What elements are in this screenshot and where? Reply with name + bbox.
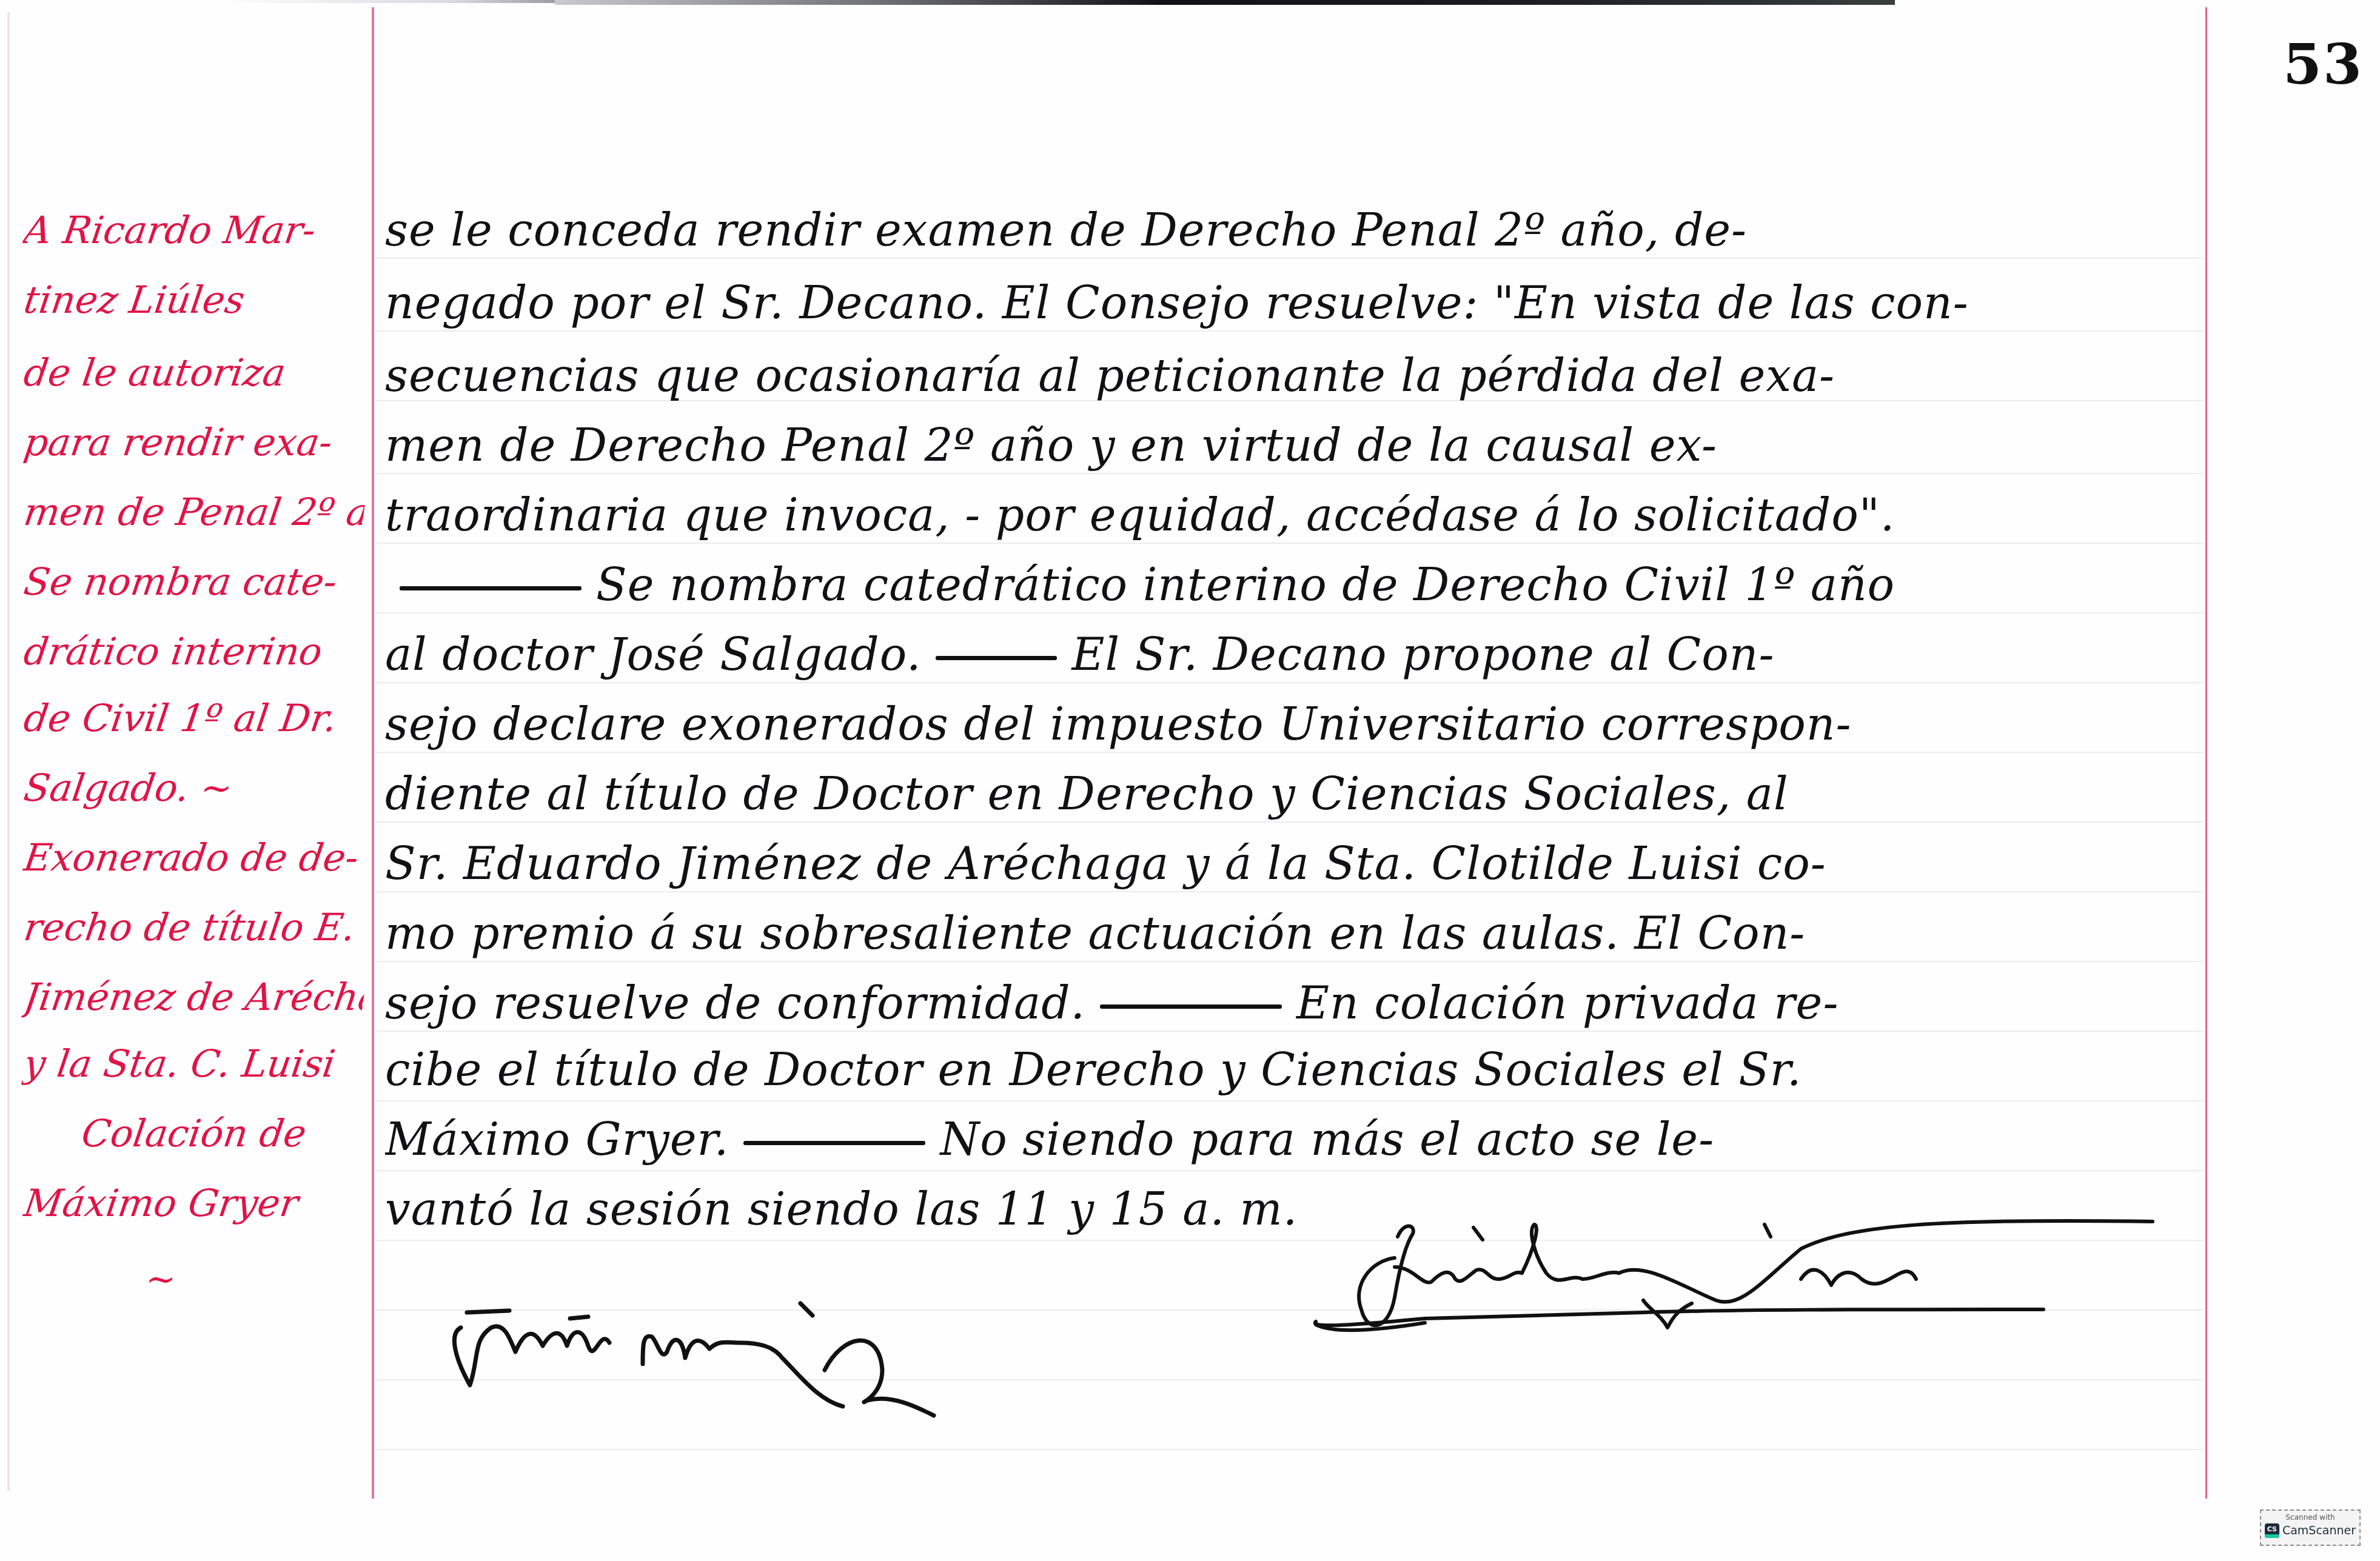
ruled-line <box>376 258 2204 259</box>
ruled-line <box>376 543 2204 544</box>
signature-right <box>1304 1188 2171 1358</box>
camscanner-brand-row: CS CamScanner <box>2261 1523 2359 1538</box>
ruled-line <box>376 891 2204 892</box>
camscanner-brand-name: CamScanner <box>2282 1524 2356 1537</box>
body-line: Sr. Eduardo Jiménez de Aréchaga y á la S… <box>385 837 2198 891</box>
margin-check-mark: ~ <box>146 1258 176 1300</box>
margin-note: recho de título E. <box>21 906 367 949</box>
scan-edge-bar <box>555 0 1895 5</box>
page-left-edge <box>7 12 10 1491</box>
ledger-page: 53 A Ricardo Mar- tinez Liúles de le aut… <box>0 0 2380 1561</box>
margin-note: Se nombra cate- <box>21 561 367 603</box>
body-line: diente al título de Doctor en Derecho y … <box>385 767 2198 821</box>
signature-left-icon <box>443 1285 1195 1431</box>
body-text: El Sr. Decano propone al Con- <box>1071 629 1774 681</box>
camscanner-badge: Scanned with CS CamScanner <box>2260 1509 2361 1546</box>
body-line: Máximo Gryer.No siendo para más el acto … <box>385 1112 2198 1167</box>
separator-dash <box>743 1141 925 1145</box>
ruled-line <box>376 752 2204 753</box>
ruled-line <box>376 821 2204 823</box>
margin-note: Jiménez de Aréchaga <box>21 976 367 1018</box>
separator-dash <box>1100 1004 1282 1009</box>
margin-note: para rendir exa- <box>21 421 367 464</box>
ruled-line <box>376 682 2204 683</box>
scan-edge-shadow <box>218 0 558 3</box>
left-margin-rule <box>372 7 374 1499</box>
body-line: sejo resuelve de conformidad.En colación… <box>385 976 2198 1031</box>
body-text: Máximo Gryer. <box>385 1114 729 1166</box>
body-text: al doctor José Salgado. <box>385 629 921 681</box>
right-margin-rule <box>2205 7 2207 1499</box>
margin-note: A Ricardo Mar- <box>21 209 367 252</box>
ruled-line <box>376 1100 2204 1101</box>
margin-note: tinez Liúles <box>21 279 367 321</box>
body-line: men de Derecho Penal 2º año y en virtud … <box>385 418 2198 473</box>
margin-note: Exonerado de de- <box>21 837 367 879</box>
body-line: cibe el título de Doctor en Derecho y Ci… <box>385 1043 2198 1097</box>
body-line: Se nombra catedrático interino de Derech… <box>385 558 2198 612</box>
separator-dash <box>400 586 582 590</box>
body-line: mo premio á su sobresaliente actuación e… <box>385 906 2198 961</box>
body-text: En colación privada re- <box>1296 977 1839 1029</box>
body-line: secuencias que ocasionaría al peticionan… <box>385 349 2198 403</box>
scanned-with-label: Scanned with <box>2261 1513 2359 1522</box>
margin-note: Salgado. ~ <box>21 767 367 809</box>
margin-note: Colación de <box>21 1112 367 1155</box>
body-text: sejo resuelve de conformidad. <box>385 977 1085 1029</box>
body-line: traordinaria que invoca, - por equidad, … <box>385 488 2198 543</box>
signature-left <box>443 1285 1195 1431</box>
body-line: sejo declare exonerados del impuesto Uni… <box>385 697 2198 752</box>
ruled-line <box>376 330 2204 332</box>
ruled-line <box>376 1031 2204 1032</box>
signature-right-icon <box>1304 1188 2171 1358</box>
body-line: negado por el Sr. Decano. El Consejo res… <box>385 276 2198 330</box>
margin-note: Máximo Gryer <box>21 1182 367 1225</box>
ruled-line <box>376 961 2204 962</box>
ruled-line <box>376 473 2204 474</box>
ruled-line <box>376 612 2204 613</box>
ruled-line <box>376 1170 2204 1171</box>
margin-note: de le autoriza <box>21 352 367 394</box>
camscanner-logo-icon: CS <box>2265 1523 2279 1538</box>
margin-note: y la Sta. C. Luisi <box>21 1043 367 1085</box>
separator-dash <box>936 656 1057 660</box>
body-text: No siendo para más el acto se le- <box>940 1114 1714 1166</box>
margin-note: de Civil 1º al Dr. <box>21 697 367 740</box>
margin-note: men de Penal 2º año <box>21 491 367 533</box>
ruled-line <box>376 1449 2204 1450</box>
body-text: Se nombra catedrático interino de Derech… <box>596 559 1895 611</box>
margin-note: drático interino <box>21 630 367 673</box>
body-line: se le conceda rendir examen de Derecho P… <box>385 203 2198 258</box>
page-number: 53 <box>2283 32 2363 97</box>
body-line: al doctor José Salgado.El Sr. Decano pro… <box>385 627 2198 682</box>
